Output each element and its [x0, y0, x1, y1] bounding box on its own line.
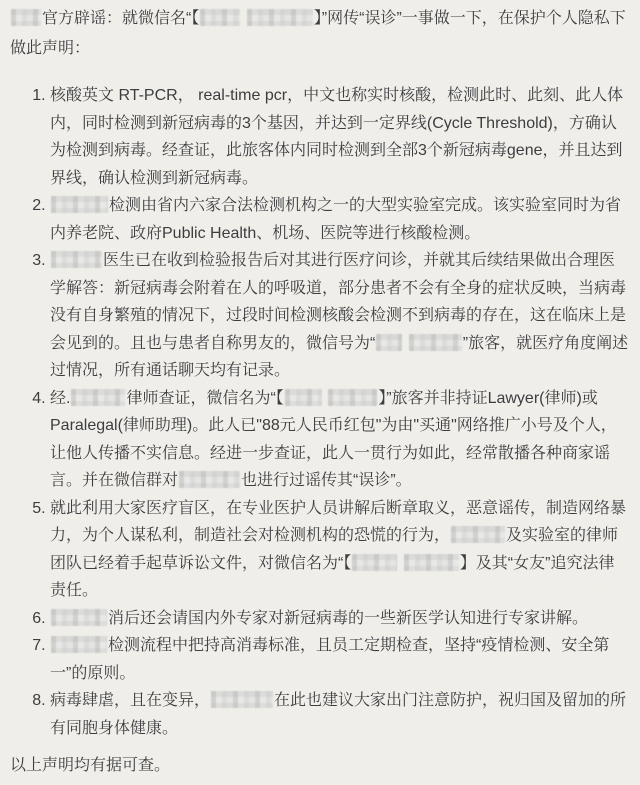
statement-item: 就此利用大家医疗盲区，在专业医护人员讲解后断章取义，恶意谣传，制造网络暴力，为个… [50, 495, 630, 605]
statement-item: 核酸英文 RT-PCR， real-time pcr，中文也称实时核酸，检测此时… [50, 82, 630, 192]
redaction-mosaic [352, 554, 397, 571]
statement-header: 官方辟谣：就微信名“【 】”网传“误诊”一事做一下，在保护个人隐私下做此声明： [10, 4, 630, 64]
redaction-mosaic [51, 609, 107, 626]
redaction-mosaic [451, 526, 505, 543]
redaction-mosaic [11, 9, 41, 26]
redaction-mosaic [285, 389, 322, 406]
statement-item: 消后还会请国内外专家对新冠病毒的一些新医学认知进行专家讲解。 [50, 605, 630, 633]
redaction-mosaic [328, 389, 377, 406]
statement-item: 医生已在收到检验报告后对其进行医疗问诊，并就其后续结果做出合理医学解答：新冠病毒… [50, 247, 630, 385]
redaction-mosaic [51, 251, 102, 268]
redaction-mosaic [71, 389, 125, 406]
statement-page: 官方辟谣：就微信名“【 】”网传“误诊”一事做一下，在保护个人隐私下做此声明： … [0, 0, 640, 780]
redaction-mosaic [404, 554, 459, 571]
redaction-mosaic [51, 636, 107, 653]
redaction-mosaic [409, 334, 462, 351]
statement-footer: 以上声明均有据可查。 [10, 752, 630, 780]
redaction-mosaic [211, 691, 273, 708]
statement-item: 经.律师查证，微信名为“【 】”旅客并非持证Lawyer(律师)或Paraleg… [50, 385, 630, 495]
redaction-mosaic [200, 9, 240, 26]
statement-list: 核酸英文 RT-PCR， real-time pcr，中文也称实时核酸，检测此时… [10, 82, 630, 742]
statement-item: 病毒肆虐，且在变异，在此也建议大家出门注意防护，祝归国及留加的所有同胞身体健康。 [50, 687, 630, 742]
statement-item: 检测由省内六家合法检测机构之一的大型实验室完成。该实验室同时为省内养老院、政府P… [50, 192, 630, 247]
redaction-mosaic [376, 334, 402, 351]
redaction-mosaic [247, 9, 313, 26]
redaction-mosaic [179, 471, 240, 488]
statement-item: 检测流程中把持高消毒标准，且员工定期检查，坚持“疫情检测、安全第一”的原则。 [50, 632, 630, 687]
redaction-mosaic [51, 196, 108, 213]
